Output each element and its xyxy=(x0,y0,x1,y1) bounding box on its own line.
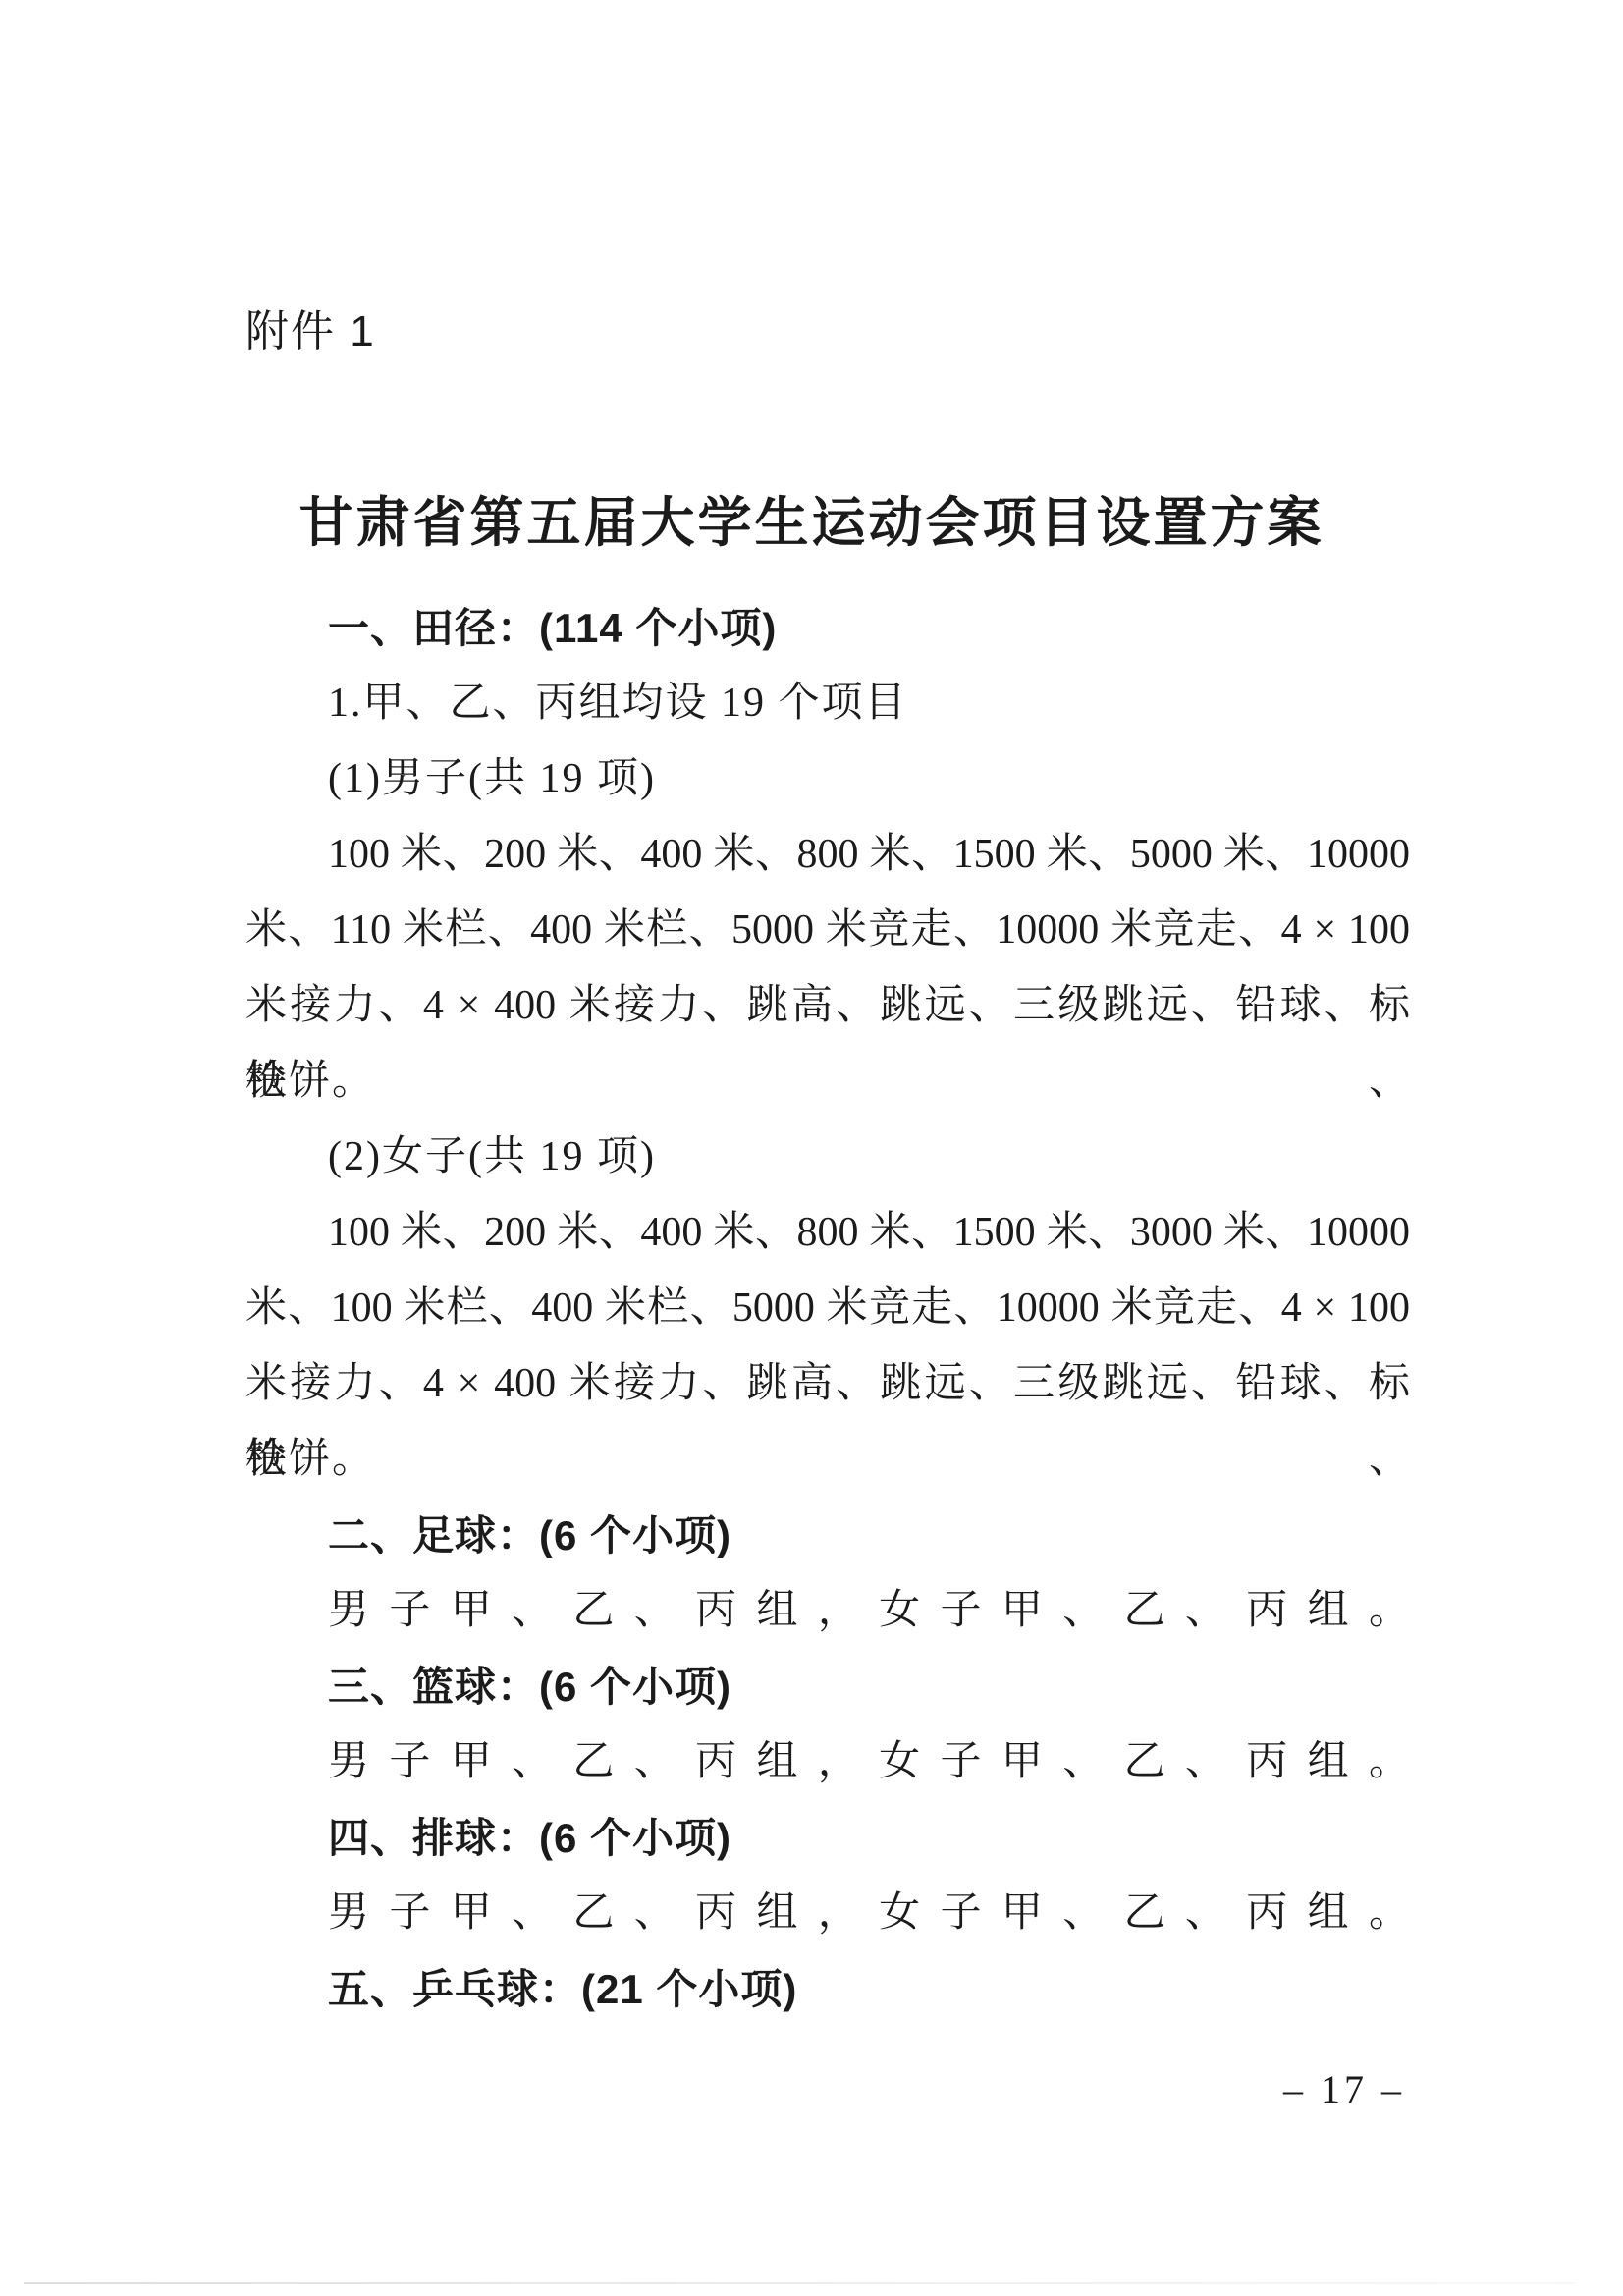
document-line: 三、篮球：(6 个小项) xyxy=(245,1649,1410,1724)
document-title: 甘肃省第五届大学生运动会项目设置方案 xyxy=(0,479,1623,557)
document-line: 100 米、200 米、400 米、800 米、1500 米、3000 米、10… xyxy=(245,1195,1410,1271)
document-line: (2)女子(共 19 项) xyxy=(245,1120,1410,1195)
document-line: 米、100 米栏、400 米栏、5000 米竞走、10000 米竞走、4 × 1… xyxy=(245,1271,1410,1346)
document-line: 二、足球：(6 个小项) xyxy=(245,1498,1410,1573)
document-line: 四、排球：(6 个小项) xyxy=(245,1800,1410,1876)
scan-artifact-line xyxy=(24,2282,1575,2284)
document-line: (1)男子(共 19 项) xyxy=(245,741,1410,817)
page-number: – 17 – xyxy=(1283,2066,1405,2113)
document-line: 男子甲、乙、丙组，女子甲、乙、丙组。 xyxy=(245,1573,1410,1649)
document-line: 男子甲、乙、丙组，女子甲、乙、丙组。 xyxy=(245,1724,1410,1800)
document-line: 100 米、200 米、400 米、800 米、1500 米、5000 米、10… xyxy=(245,817,1410,893)
document-line: 米接力、4 × 400 米接力、跳高、跳远、三级跳远、铅球、标枪、 xyxy=(245,968,1410,1044)
document-line: 一、田径：(114 个小项) xyxy=(245,590,1410,666)
document-line: 五、乒乓球：(21 个小项) xyxy=(245,1951,1410,2027)
document-body: 一、田径：(114 个小项)1.甲、乙、丙组均设 19 个项目(1)男子(共 1… xyxy=(245,590,1410,2027)
attachment-label: 附件 1 xyxy=(245,306,376,358)
document-line: 男子甲、乙、丙组，女子甲、乙、丙组。 xyxy=(245,1876,1410,1951)
document-line: 1.甲、乙、丙组均设 19 个项目 xyxy=(245,666,1410,741)
document-page: 附件 1 甘肃省第五届大学生运动会项目设置方案 一、田径：(114 个小项)1.… xyxy=(0,0,1623,2296)
document-line: 米接力、4 × 400 米接力、跳高、跳远、三级跳远、铅球、标枪、 xyxy=(245,1346,1410,1422)
document-line: 米、110 米栏、400 米栏、5000 米竞走、10000 米竞走、4 × 1… xyxy=(245,893,1410,968)
